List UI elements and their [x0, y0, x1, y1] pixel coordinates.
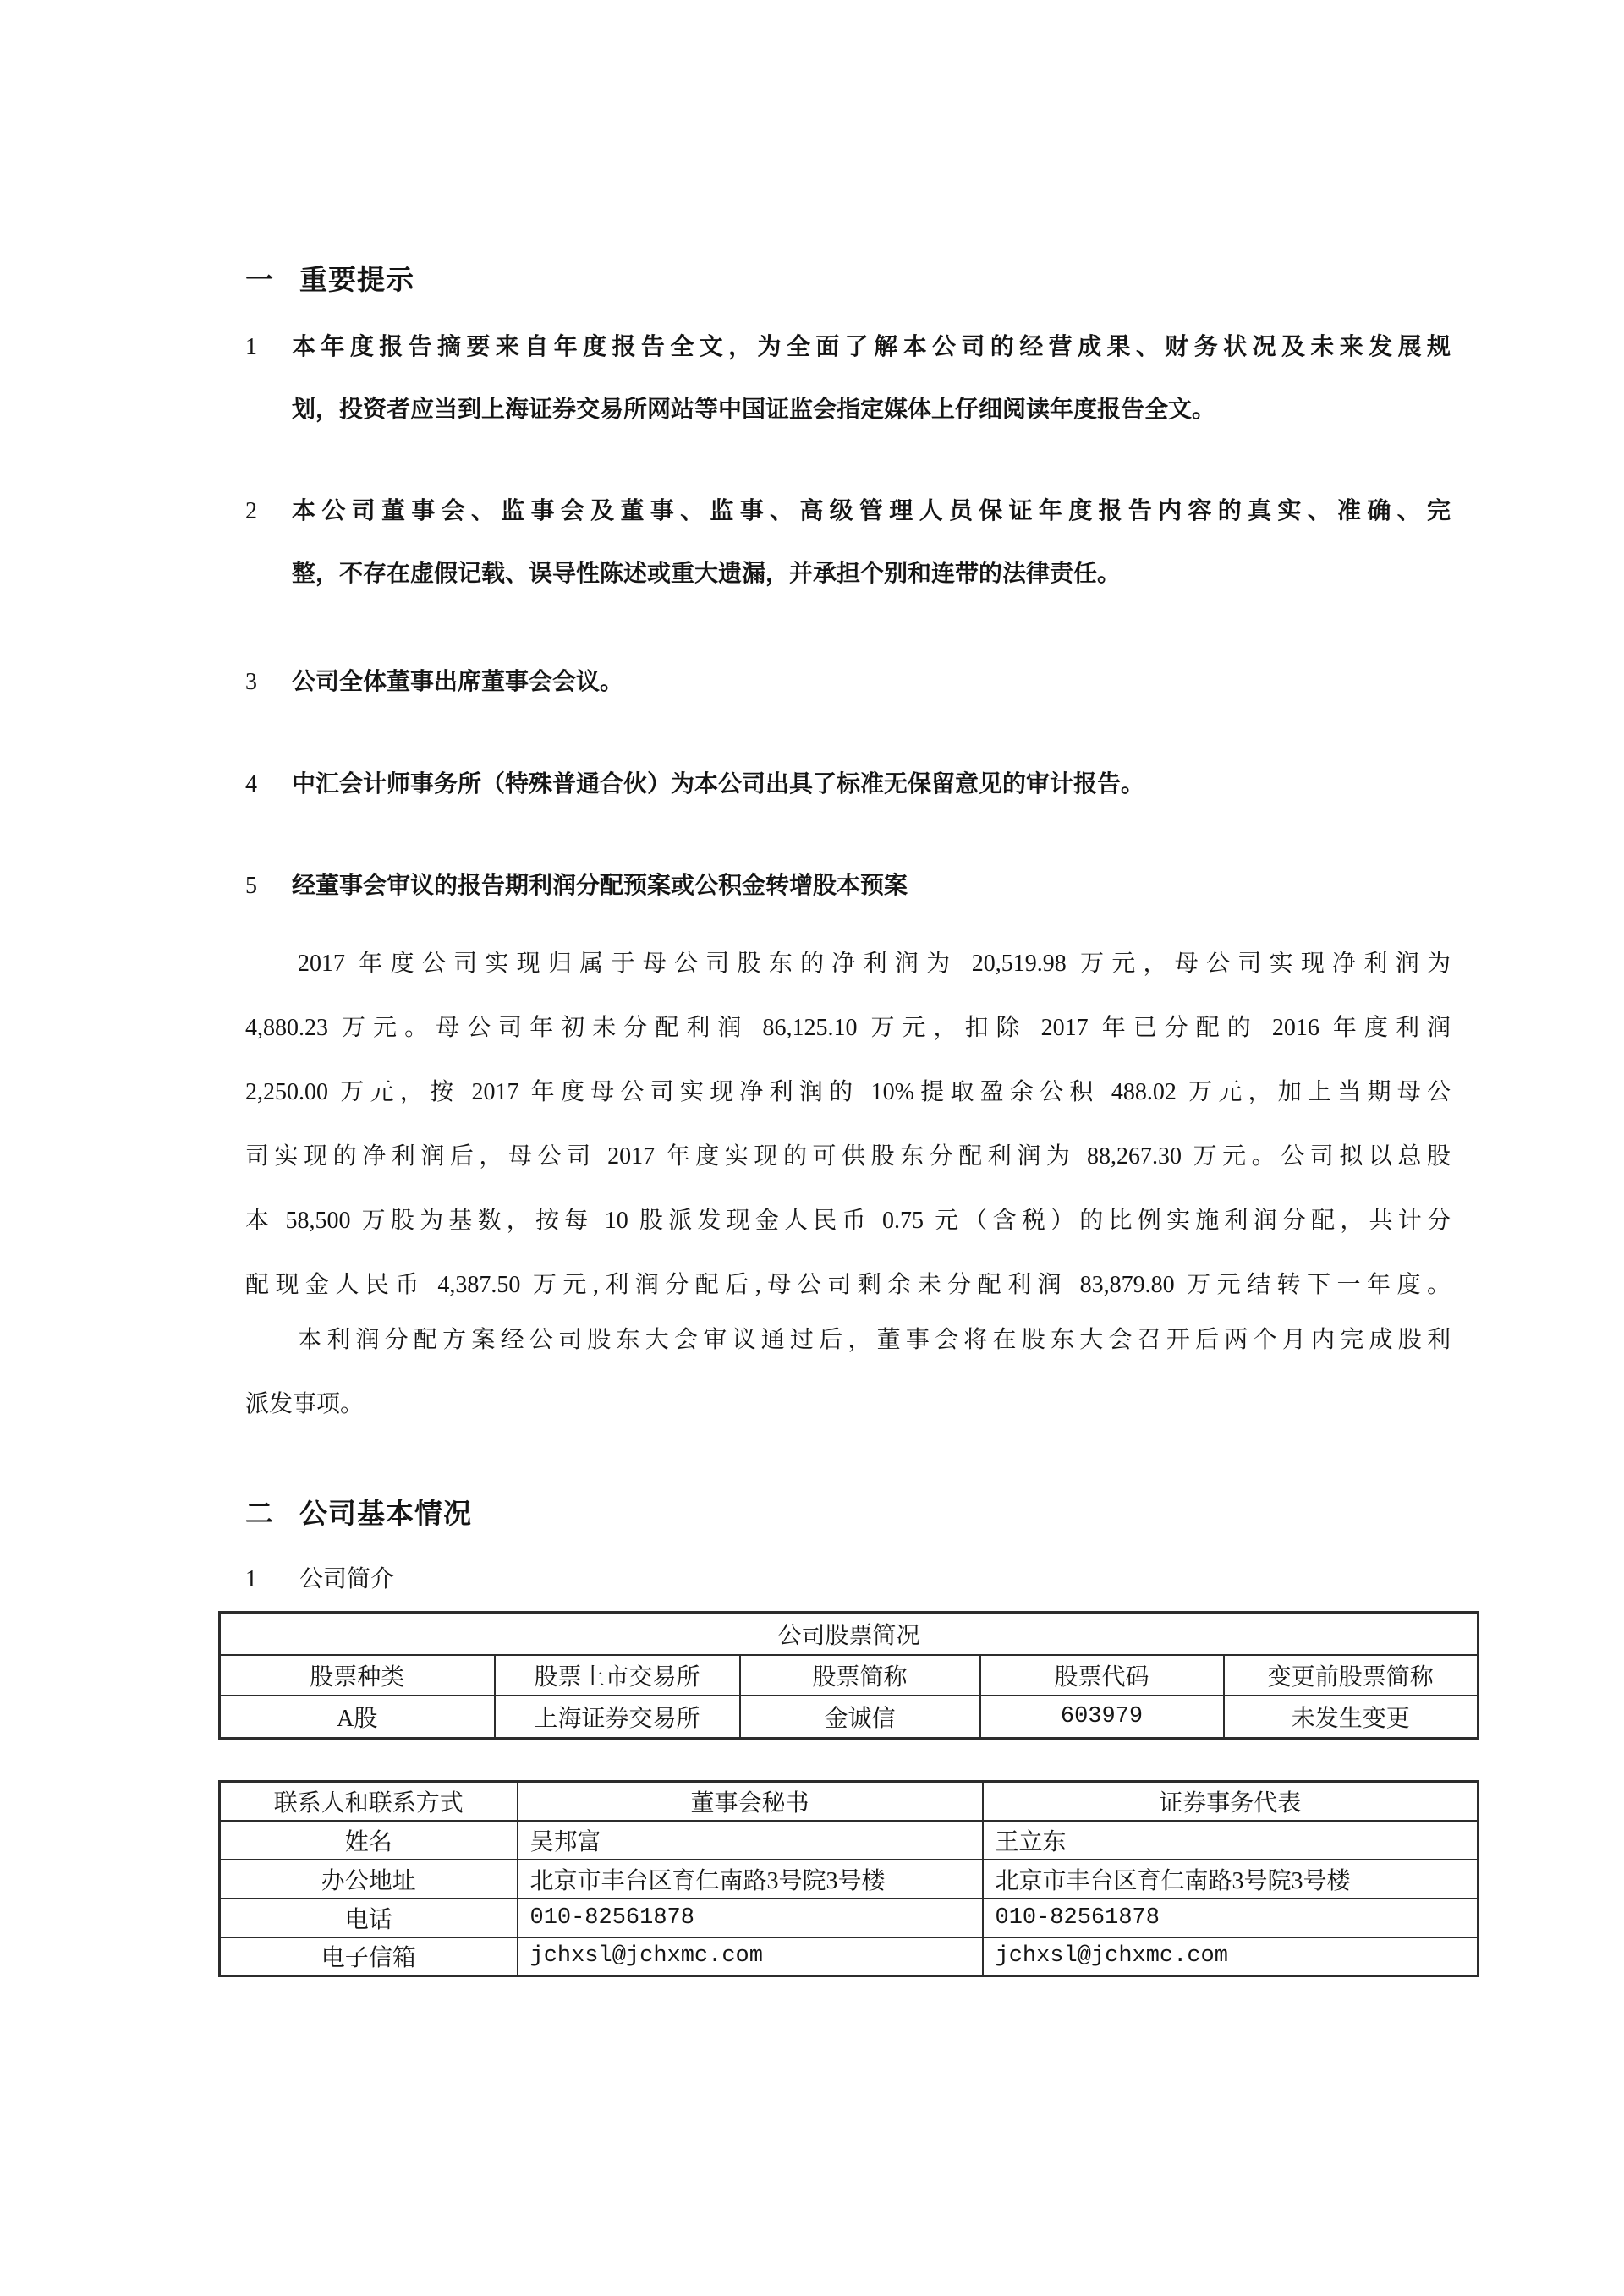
secretary-address-value: 北京市丰台区育仁南路3号院3号楼 — [518, 1860, 983, 1899]
text-line: 中汇会计师事务所（特殊普通合伙）为本公司出具了标准无保留意见的审计报告。 — [292, 753, 1451, 816]
stock-code-value: 603979 — [980, 1696, 1224, 1739]
notice-item-3: 3 公司全体董事出席董事会会议。 — [245, 651, 1451, 714]
annual-report-summary-page: 一重要提示 1 本年度报告摘要来自年度报告全文，为全面了解本公司的经营成果、财务… — [0, 0, 1624, 2296]
text-line: 本利润分配方案经公司股东大会审议通过后，董事会将在股东大会召开后两个月内完成股利 — [245, 1308, 1451, 1373]
stock-table-title-row: 公司股票简况 — [220, 1613, 1479, 1655]
stock-short-name-value: 金诚信 — [740, 1696, 980, 1739]
contact-header-label: 联系人和联系方式 — [220, 1782, 518, 1821]
notice-item-2-body: 本公司董事会、监事会及董事、监事、高级管理人员保证年度报告内容的真实、准确、完 … — [292, 480, 1451, 606]
contact-row-email: 电子信箱 jchxsl@jchxmc.com jchxsl@jchxmc.com — [220, 1937, 1479, 1976]
notice-item-4: 4 中汇会计师事务所（特殊普通合伙）为本公司出具了标准无保留意见的审计报告。 — [245, 753, 1451, 816]
text-line: 公司全体董事出席董事会会议。 — [292, 651, 1451, 714]
stock-table-header-row: 股票种类 股票上市交易所 股票简称 股票代码 变更前股票简称 — [220, 1655, 1479, 1696]
notice-item-2-number: 2 — [245, 480, 257, 543]
subsection-company-profile: 1公司简介 — [245, 1548, 1451, 1611]
stock-col-header-exchange: 股票上市交易所 — [495, 1655, 740, 1696]
text-line: 派发事项。 — [245, 1373, 1451, 1437]
text-line: 本 58,500 万股为基数，按每 10 股派发现金人民币 0.75 元（含税）… — [245, 1189, 1451, 1253]
contact-name-label: 姓名 — [220, 1821, 518, 1860]
stock-former-name-value: 未发生变更 — [1224, 1696, 1479, 1739]
notice-item-5: 5 经董事会审议的报告期利润分配预案或公积金转增股本预案 — [245, 855, 1451, 918]
stock-col-header-short-name: 股票简称 — [740, 1655, 980, 1696]
stock-col-header-code: 股票代码 — [980, 1655, 1224, 1696]
text-line: 司实现的净利润后，母公司 2017 年度实现的可供股东分配利润为 88,267.… — [245, 1125, 1451, 1189]
notice-item-1-body: 本年度报告摘要来自年度报告全文，为全面了解本公司的经营成果、财务状况及未来发展规… — [292, 316, 1451, 441]
notice-item-2: 2 本公司董事会、监事会及董事、监事、高级管理人员保证年度报告内容的真实、准确、… — [245, 480, 1451, 606]
notice-item-5-number: 5 — [245, 855, 257, 918]
stock-exchange-value: 上海证券交易所 — [495, 1696, 740, 1739]
stock-col-header-type: 股票种类 — [220, 1655, 495, 1696]
text-line: 本公司董事会、监事会及董事、监事、高级管理人员保证年度报告内容的真实、准确、完 — [292, 480, 1451, 543]
contact-info-table: 联系人和联系方式 董事会秘书 证券事务代表 姓名 吴邦富 王立东 办公地址 北京… — [218, 1780, 1479, 1977]
stock-table-data-row: A股 上海证券交易所 金诚信 603979 未发生变更 — [220, 1696, 1479, 1739]
notice-item-1: 1 本年度报告摘要来自年度报告全文，为全面了解本公司的经营成果、财务状况及未来发… — [245, 316, 1451, 441]
representative-address-value: 北京市丰台区育仁南路3号院3号楼 — [983, 1860, 1479, 1899]
contact-row-address: 办公地址 北京市丰台区育仁南路3号院3号楼 北京市丰台区育仁南路3号院3号楼 — [220, 1860, 1479, 1899]
notice-item-3-body: 公司全体董事出席董事会会议。 — [292, 651, 1451, 714]
dividend-payout-paragraph: 本利润分配方案经公司股东大会审议通过后，董事会将在股东大会召开后两个月内完成股利… — [245, 1308, 1451, 1437]
secretary-email-value: jchxsl@jchxmc.com — [518, 1937, 983, 1976]
section-2-title: 公司基本情况 — [299, 1497, 472, 1530]
notice-item-5-body: 经董事会审议的报告期利润分配预案或公积金转增股本预案 — [292, 855, 1451, 918]
contact-row-name: 姓名 吴邦富 王立东 — [220, 1821, 1479, 1860]
stock-table-title: 公司股票简况 — [220, 1613, 1479, 1655]
notice-item-4-number: 4 — [245, 753, 257, 816]
secretary-name-value: 吴邦富 — [518, 1821, 983, 1860]
text-line: 经董事会审议的报告期利润分配预案或公积金转增股本预案 — [292, 855, 1451, 918]
contact-header-representative: 证券事务代表 — [983, 1782, 1479, 1821]
section-1-heading: 一重要提示 — [245, 260, 1455, 299]
section-1-number: 一 — [245, 260, 299, 299]
section-2-number: 二 — [245, 1494, 299, 1533]
contact-table-header-row: 联系人和联系方式 董事会秘书 证券事务代表 — [220, 1782, 1479, 1821]
text-line: 2,250.00 万元，按 2017 年度母公司实现净利润的 10%提取盈余公积… — [245, 1060, 1451, 1125]
subsection-profile-title: 公司简介 — [299, 1566, 394, 1592]
contact-header-secretary: 董事会秘书 — [518, 1782, 983, 1821]
notice-item-4-body: 中汇会计师事务所（特殊普通合伙）为本公司出具了标准无保留意见的审计报告。 — [292, 753, 1451, 816]
representative-name-value: 王立东 — [983, 1821, 1479, 1860]
secretary-phone-value: 010-82561878 — [518, 1899, 983, 1937]
representative-phone-value: 010-82561878 — [983, 1899, 1479, 1937]
text-line: 划，投资者应当到上海证券交易所网站等中国证监会指定媒体上仔细阅读年度报告全文。 — [292, 379, 1451, 441]
text-line: 本年度报告摘要来自年度报告全文，为全面了解本公司的经营成果、财务状况及未来发展规 — [292, 316, 1451, 379]
section-1-title: 重要提示 — [299, 263, 414, 296]
notice-item-3-number: 3 — [245, 651, 257, 714]
contact-email-label: 电子信箱 — [220, 1937, 518, 1976]
notice-item-1-number: 1 — [245, 316, 257, 379]
section-2-heading: 二公司基本情况 — [245, 1494, 1455, 1533]
text-line: 2017 年度公司实现归属于母公司股东的净利润为 20,519.98 万元，母公… — [245, 932, 1451, 996]
text-line: 整，不存在虚假记载、误导性陈述或重大遗漏，并承担个别和连带的法律责任。 — [292, 543, 1451, 606]
stock-col-header-former-name: 变更前股票简称 — [1224, 1655, 1479, 1696]
contact-phone-label: 电话 — [220, 1899, 518, 1937]
contact-address-label: 办公地址 — [220, 1860, 518, 1899]
contact-row-phone: 电话 010-82561878 010-82561878 — [220, 1899, 1479, 1937]
representative-email-value: jchxsl@jchxmc.com — [983, 1937, 1479, 1976]
stock-type-value: A股 — [220, 1696, 495, 1739]
subsection-profile-number: 1 — [245, 1548, 299, 1611]
stock-summary-table: 公司股票简况 股票种类 股票上市交易所 股票简称 股票代码 变更前股票简称 A股… — [218, 1611, 1479, 1740]
profit-distribution-paragraph: 2017 年度公司实现归属于母公司股东的净利润为 20,519.98 万元，母公… — [245, 932, 1451, 1318]
text-line: 4,880.23 万元。母公司年初未分配利润 86,125.10 万元，扣除 2… — [245, 996, 1451, 1060]
